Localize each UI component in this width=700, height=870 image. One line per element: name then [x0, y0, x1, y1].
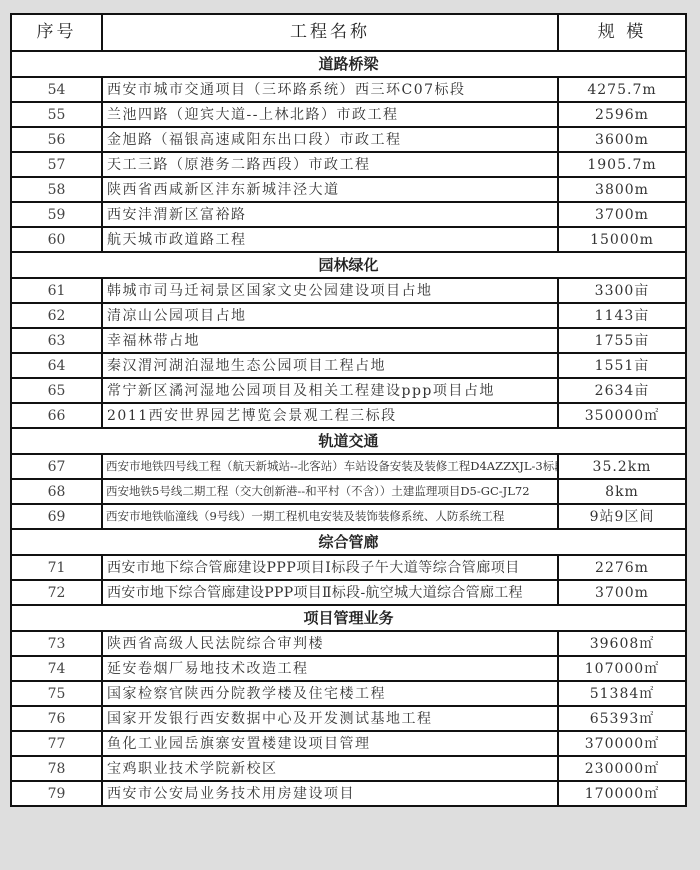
- row-no: 65: [11, 378, 102, 403]
- row-name: 宝鸡职业技术学院新校区: [102, 756, 558, 781]
- project-table: 序号 工程名称 规 模 道路桥梁 54西安市城市交通项目（三环路系统）西三环C0…: [10, 13, 687, 807]
- table-row: 64秦汉渭河湖泊湿地生态公园项目工程占地1551亩: [11, 353, 686, 378]
- row-no: 62: [11, 303, 102, 328]
- table-row: 74延安卷烟厂易地技术改造工程107000㎡: [11, 656, 686, 681]
- section-title: 道路桥梁: [11, 51, 686, 77]
- row-no: 61: [11, 278, 102, 303]
- row-scale: 35.2km: [558, 454, 686, 479]
- table-row: 75国家检察官陕西分院教学楼及住宅楼工程51384㎡: [11, 681, 686, 706]
- row-scale: 9站9区间: [558, 504, 686, 529]
- section-title: 综合管廊: [11, 529, 686, 555]
- row-no: 74: [11, 656, 102, 681]
- row-scale: 1905.7m: [558, 152, 686, 177]
- row-no: 69: [11, 504, 102, 529]
- header-scale: 规 模: [558, 14, 686, 51]
- row-scale: 4275.7m: [558, 77, 686, 102]
- row-scale: 3300亩: [558, 278, 686, 303]
- section-row-project-management: 项目管理业务: [11, 605, 686, 631]
- section-title: 项目管理业务: [11, 605, 686, 631]
- row-name: 国家检察官陕西分院教学楼及住宅楼工程: [102, 681, 558, 706]
- table-row: 54西安市城市交通项目（三环路系统）西三环C07标段4275.7m: [11, 77, 686, 102]
- row-name: 西安市公安局业务技术用房建设项目: [102, 781, 558, 806]
- table-row: 68西安地铁5号线二期工程（交大创新港--和平村（不含））土建监理项目D5-GC…: [11, 479, 686, 504]
- table-row: 60航天城市政道路工程15000m: [11, 227, 686, 252]
- row-no: 68: [11, 479, 102, 504]
- row-no: 66: [11, 403, 102, 428]
- row-no: 67: [11, 454, 102, 479]
- row-name: 西安地铁5号线二期工程（交大创新港--和平村（不含））土建监理项目D5-GC-J…: [102, 479, 558, 504]
- row-name: 韩城市司马迁祠景区国家文史公园建设项目占地: [102, 278, 558, 303]
- section-title: 轨道交通: [11, 428, 686, 454]
- table-row: 72西安市地下综合管廊建设PPP项目Ⅱ标段-航空城大道综合管廊工程3700m: [11, 580, 686, 605]
- row-no: 71: [11, 555, 102, 580]
- row-no: 58: [11, 177, 102, 202]
- row-no: 76: [11, 706, 102, 731]
- table-row: 58陕西省西咸新区沣东新城沣泾大道3800m: [11, 177, 686, 202]
- header-row: 序号 工程名称 规 模: [11, 14, 686, 51]
- row-no: 72: [11, 580, 102, 605]
- row-name: 2011西安世界园艺博览会景观工程三标段: [102, 403, 558, 428]
- row-scale: 107000㎡: [558, 656, 686, 681]
- row-scale: 370000㎡: [558, 731, 686, 756]
- row-name: 兰池四路（迎宾大道--上林北路）市政工程: [102, 102, 558, 127]
- row-name: 延安卷烟厂易地技术改造工程: [102, 656, 558, 681]
- row-scale: 1143亩: [558, 303, 686, 328]
- table-row: 55兰池四路（迎宾大道--上林北路）市政工程2596m: [11, 102, 686, 127]
- row-name: 国家开发银行西安数据中心及开发测试基地工程: [102, 706, 558, 731]
- table-row: 76国家开发银行西安数据中心及开发测试基地工程65393㎡: [11, 706, 686, 731]
- table-row: 662011西安世界园艺博览会景观工程三标段350000㎡: [11, 403, 686, 428]
- row-no: 79: [11, 781, 102, 806]
- row-name: 西安市地铁临潼线（9号线）一期工程机电安装及装饰装修系统、人防系统工程: [102, 504, 558, 529]
- row-name: 天工三路（原港务二路西段）市政工程: [102, 152, 558, 177]
- row-name: 西安沣渭新区富裕路: [102, 202, 558, 227]
- row-scale: 2276m: [558, 555, 686, 580]
- row-scale: 350000㎡: [558, 403, 686, 428]
- row-no: 73: [11, 631, 102, 656]
- table-row: 77鱼化工业园岳旗寨安置楼建设项目管理370000㎡: [11, 731, 686, 756]
- table-row: 63幸福林带占地1755亩: [11, 328, 686, 353]
- section-row-road-bridge: 道路桥梁: [11, 51, 686, 77]
- row-scale: 15000m: [558, 227, 686, 252]
- row-name: 常宁新区潏河湿地公园项目及相关工程建设ppp项目占地: [102, 378, 558, 403]
- row-name: 航天城市政道路工程: [102, 227, 558, 252]
- table-row: 73陕西省高级人民法院综合审判楼39608㎡: [11, 631, 686, 656]
- row-name: 金旭路（福银高速咸阳东出口段）市政工程: [102, 127, 558, 152]
- section-row-utility-tunnel: 综合管廊: [11, 529, 686, 555]
- row-scale: 170000㎡: [558, 781, 686, 806]
- table-row: 67西安市地铁四号线工程（航天新城站--北客站）车站设备安装及装修工程D4AZZ…: [11, 454, 686, 479]
- row-no: 78: [11, 756, 102, 781]
- row-no: 75: [11, 681, 102, 706]
- table-row: 59西安沣渭新区富裕路3700m: [11, 202, 686, 227]
- header-no: 序号: [11, 14, 102, 51]
- section-row-landscaping: 园林绿化: [11, 252, 686, 278]
- row-scale: 1755亩: [558, 328, 686, 353]
- row-no: 55: [11, 102, 102, 127]
- table-row: 57天工三路（原港务二路西段）市政工程1905.7m: [11, 152, 686, 177]
- row-no: 60: [11, 227, 102, 252]
- table-row: 62清凉山公园项目占地1143亩: [11, 303, 686, 328]
- row-no: 59: [11, 202, 102, 227]
- row-scale: 8km: [558, 479, 686, 504]
- row-no: 56: [11, 127, 102, 152]
- row-name: 秦汉渭河湖泊湿地生态公园项目工程占地: [102, 353, 558, 378]
- table-row: 71西安市地下综合管廊建设PPP项目I标段子午大道等综合管廊项目2276m: [11, 555, 686, 580]
- row-scale: 39608㎡: [558, 631, 686, 656]
- row-scale: 3700m: [558, 580, 686, 605]
- row-no: 54: [11, 77, 102, 102]
- row-scale: 1551亩: [558, 353, 686, 378]
- project-table-sheet: 序号 工程名称 规 模 道路桥梁 54西安市城市交通项目（三环路系统）西三环C0…: [10, 13, 685, 807]
- table-row: 65常宁新区潏河湿地公园项目及相关工程建设ppp项目占地2634亩: [11, 378, 686, 403]
- row-scale: 3700m: [558, 202, 686, 227]
- table-row: 56金旭路（福银高速咸阳东出口段）市政工程3600m: [11, 127, 686, 152]
- header-name: 工程名称: [102, 14, 558, 51]
- row-name: 西安市城市交通项目（三环路系统）西三环C07标段: [102, 77, 558, 102]
- row-scale: 3800m: [558, 177, 686, 202]
- row-no: 57: [11, 152, 102, 177]
- section-row-rail-transit: 轨道交通: [11, 428, 686, 454]
- row-scale: 51384㎡: [558, 681, 686, 706]
- table-row: 69西安市地铁临潼线（9号线）一期工程机电安装及装饰装修系统、人防系统工程9站9…: [11, 504, 686, 529]
- row-name: 陕西省高级人民法院综合审判楼: [102, 631, 558, 656]
- row-scale: 230000㎡: [558, 756, 686, 781]
- row-no: 64: [11, 353, 102, 378]
- row-scale: 3600m: [558, 127, 686, 152]
- row-scale: 2596m: [558, 102, 686, 127]
- table-row: 79西安市公安局业务技术用房建设项目170000㎡: [11, 781, 686, 806]
- row-scale: 2634亩: [558, 378, 686, 403]
- row-name: 西安市地下综合管廊建设PPP项目I标段子午大道等综合管廊项目: [102, 555, 558, 580]
- row-name: 清凉山公园项目占地: [102, 303, 558, 328]
- row-name: 西安市地下综合管廊建设PPP项目Ⅱ标段-航空城大道综合管廊工程: [102, 580, 558, 605]
- table-row: 78宝鸡职业技术学院新校区230000㎡: [11, 756, 686, 781]
- section-title: 园林绿化: [11, 252, 686, 278]
- table-row: 61韩城市司马迁祠景区国家文史公园建设项目占地3300亩: [11, 278, 686, 303]
- row-name: 幸福林带占地: [102, 328, 558, 353]
- row-no: 63: [11, 328, 102, 353]
- row-name: 西安市地铁四号线工程（航天新城站--北客站）车站设备安装及装修工程D4AZZXJ…: [102, 454, 558, 479]
- row-scale: 65393㎡: [558, 706, 686, 731]
- row-name: 陕西省西咸新区沣东新城沣泾大道: [102, 177, 558, 202]
- row-no: 77: [11, 731, 102, 756]
- row-name: 鱼化工业园岳旗寨安置楼建设项目管理: [102, 731, 558, 756]
